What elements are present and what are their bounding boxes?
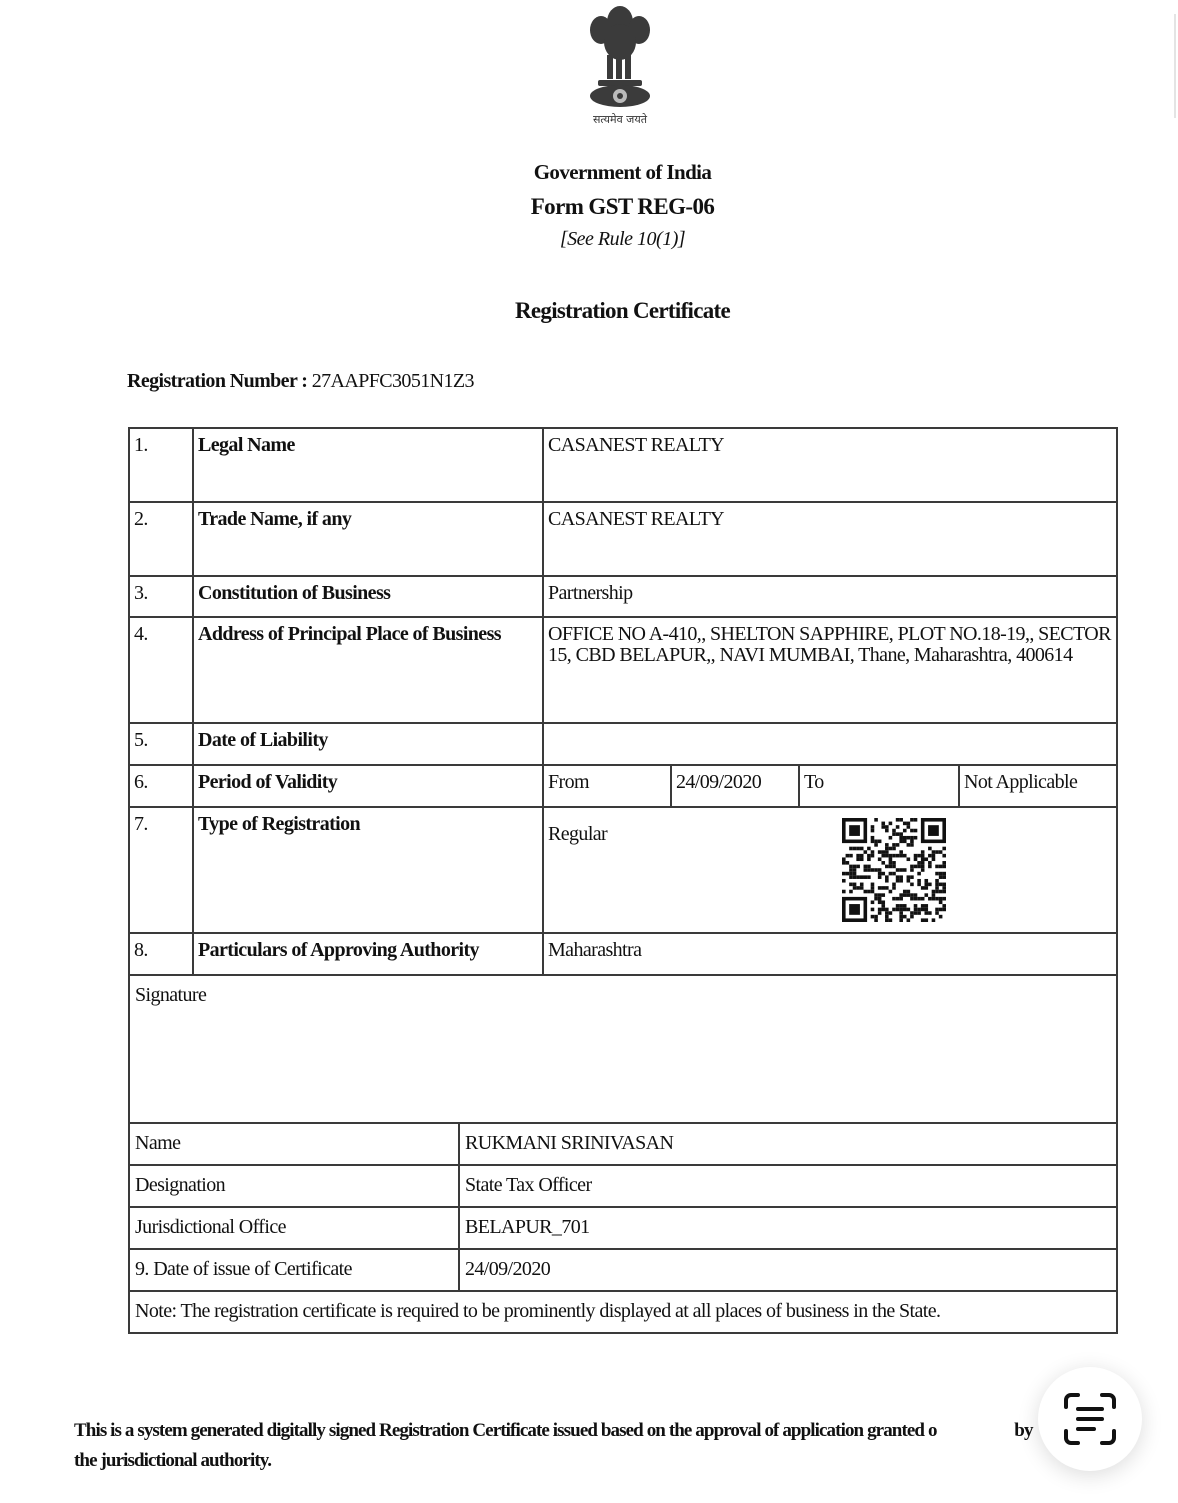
certificate-title: Registration Certificate — [0, 298, 1178, 324]
validity-from-label: From — [543, 765, 671, 807]
row-label: Constitution of Business — [193, 576, 543, 617]
table-row: 9. Date of issue of Certificate 24/09/20… — [129, 1249, 1117, 1291]
table-row: 1. Legal Name CASANEST REALTY — [129, 428, 1117, 502]
constitution-value: Partnership — [543, 576, 1117, 617]
legal-name-value: CASANEST REALTY — [543, 428, 1117, 502]
page-edge — [1174, 14, 1176, 118]
row-number: 3. — [129, 576, 193, 617]
form-heading: Form GST REG-06 — [0, 194, 1178, 220]
address-value: OFFICE NO A-410,, SHELTON SAPPHIRE, PLOT… — [543, 617, 1117, 723]
row-label: Address of Principal Place of Business — [193, 617, 543, 723]
registration-number: Registration Number : 27AAPFC3051N1Z3 — [127, 370, 474, 393]
registration-type-value: Regular — [543, 807, 1117, 933]
table-row: 4. Address of Principal Place of Busines… — [129, 617, 1117, 723]
designation-value: State Tax Officer — [459, 1165, 1117, 1207]
row-number: 7. — [129, 807, 193, 933]
date-of-liability-value — [543, 723, 1117, 765]
row-number: 5. — [129, 723, 193, 765]
national-emblem-icon — [580, 0, 660, 130]
table-row: 8. Particulars of Approving Authority Ma… — [129, 933, 1117, 975]
signature-table: Signature Name RUKMANI SRINIVASAN Design… — [128, 974, 1118, 1334]
row-label: Legal Name — [193, 428, 543, 502]
row-label: Period of Validity — [193, 765, 543, 807]
designation-label: Designation — [129, 1165, 459, 1207]
emblem-motto: सत्यमेव जयते — [580, 112, 660, 127]
table-row: 3. Constitution of Business Partnership — [129, 576, 1117, 617]
row-label: Particulars of Approving Authority — [193, 933, 543, 975]
row-label: Type of Registration — [193, 807, 543, 933]
issue-date-value: 24/09/2020 — [459, 1249, 1117, 1291]
row-label: Date of Liability — [193, 723, 543, 765]
row-number: 2. — [129, 502, 193, 576]
display-note: Note: The registration certificate is re… — [129, 1291, 1117, 1333]
row-number: 4. — [129, 617, 193, 723]
table-row: Name RUKMANI SRINIVASAN — [129, 1123, 1117, 1165]
rule-reference: [See Rule 10(1)] — [0, 228, 1178, 251]
table-row: Designation State Tax Officer — [129, 1165, 1117, 1207]
text-scan-icon — [1062, 1391, 1118, 1447]
issue-date-label: 9. Date of issue of Certificate — [129, 1249, 459, 1291]
table-row: 5. Date of Liability — [129, 723, 1117, 765]
text-scan-button[interactable] — [1038, 1367, 1142, 1471]
table-row: 6. Period of Validity From 24/09/2020 To… — [129, 765, 1117, 807]
officer-name-value: RUKMANI SRINIVASAN — [459, 1123, 1117, 1165]
certificate-details-table: 1. Legal Name CASANEST REALTY 2. Trade N… — [128, 427, 1118, 976]
trade-name-value: CASANEST REALTY — [543, 502, 1117, 576]
registration-number-value: 27AAPFC3051N1Z3 — [312, 370, 474, 392]
footer-disclaimer: This is a system generated digitally sig… — [74, 1416, 1174, 1476]
signature-row: Signature — [129, 975, 1117, 1123]
validity-to-label: To — [799, 765, 959, 807]
qr-code-icon — [842, 818, 946, 922]
table-row: 2. Trade Name, if any CASANEST REALTY — [129, 502, 1117, 576]
signature-label: Signature — [129, 975, 1117, 1123]
approving-authority-value: Maharashtra — [543, 933, 1117, 975]
validity-to-date: Not Applicable — [959, 765, 1117, 807]
table-row: Note: The registration certificate is re… — [129, 1291, 1117, 1333]
row-number: 8. — [129, 933, 193, 975]
jurisdictional-office-value: BELAPUR_701 — [459, 1207, 1117, 1249]
name-label: Name — [129, 1123, 459, 1165]
registration-number-label: Registration Number : — [127, 370, 307, 392]
row-label: Trade Name, if any — [193, 502, 543, 576]
table-row: Jurisdictional Office BELAPUR_701 — [129, 1207, 1117, 1249]
footer-line-1-end: by — [1014, 1420, 1032, 1441]
jurisdictional-office-label: Jurisdictional Office — [129, 1207, 459, 1249]
footer-line-1: This is a system generated digitally sig… — [74, 1420, 937, 1441]
government-heading: Government of India — [0, 160, 1178, 185]
row-number: 6. — [129, 765, 193, 807]
row-number: 1. — [129, 428, 193, 502]
footer-line-2: the jurisdictional authority. — [74, 1450, 271, 1471]
table-row: 7. Type of Registration Regular — [129, 807, 1117, 933]
validity-from-date: 24/09/2020 — [671, 765, 799, 807]
